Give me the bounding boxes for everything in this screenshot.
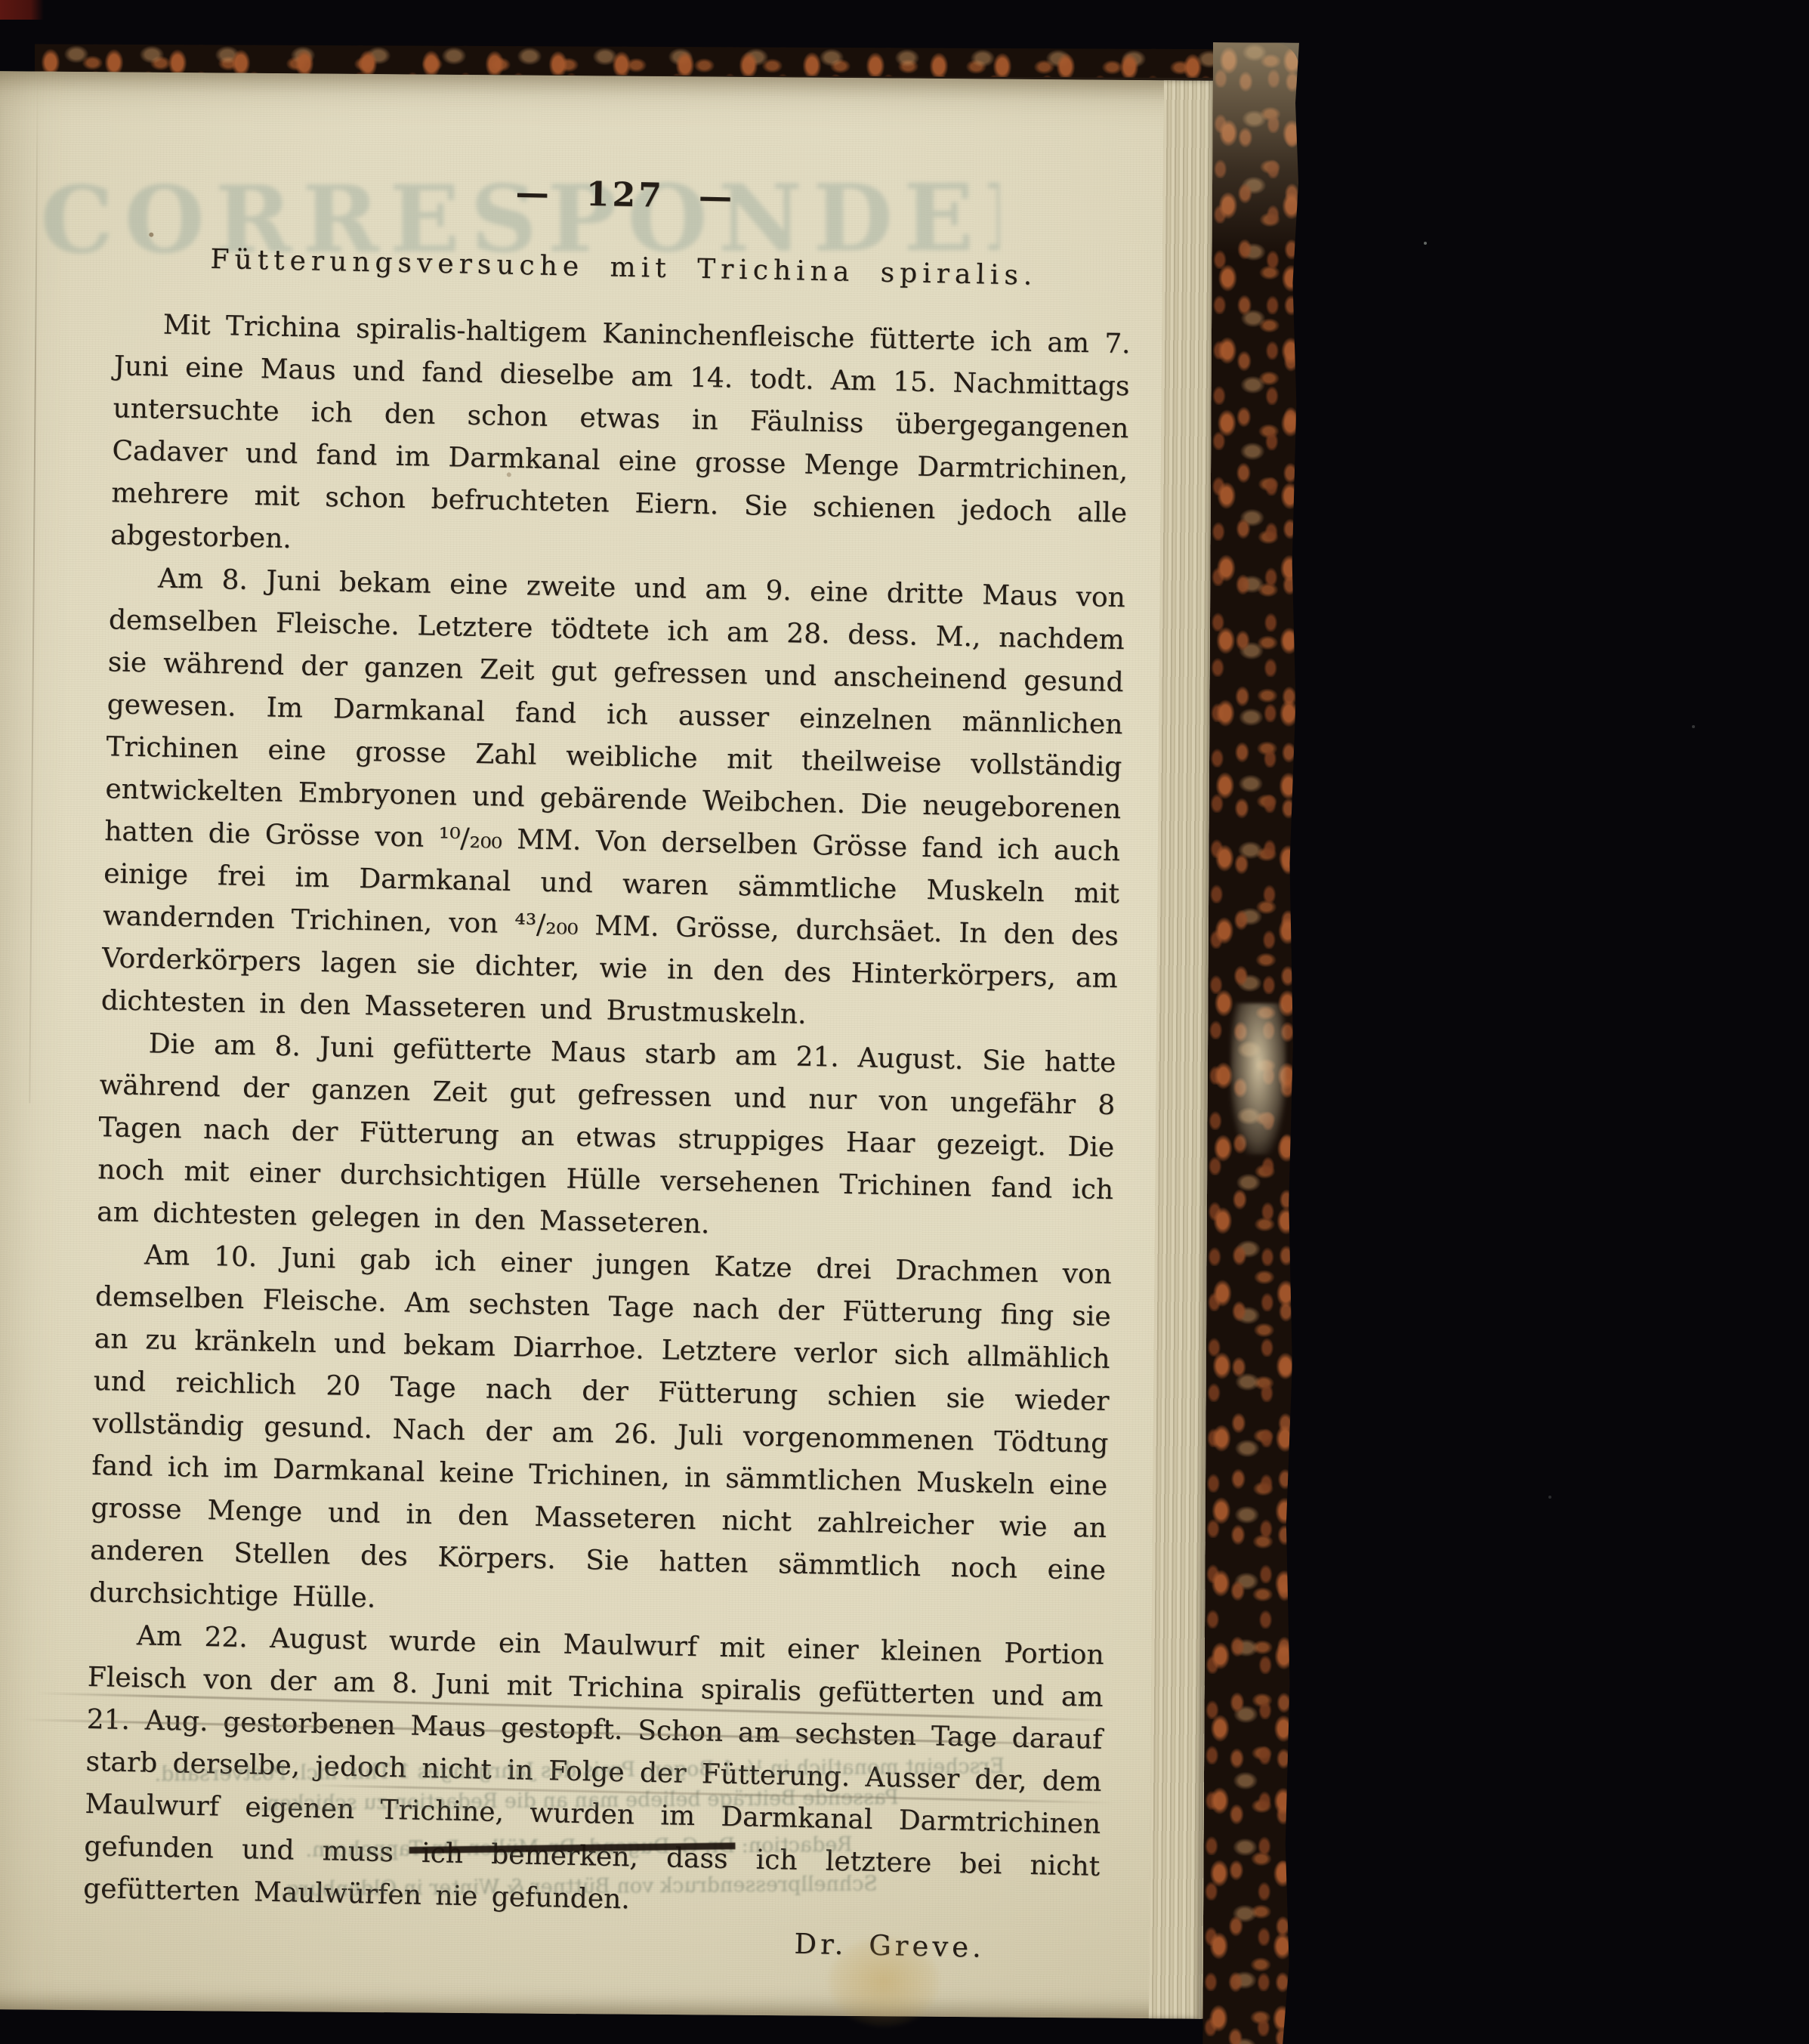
binding-corner-red-patch xyxy=(0,0,44,20)
paragraph-4: Am 10. Juni gab ich einer jungen Katze d… xyxy=(89,1234,1113,1635)
scan-background: CORRESPONDENZ-BLATT — 127 — Fütterungsve… xyxy=(0,0,1809,2044)
marble-worn-top xyxy=(1212,42,1299,255)
paper-speck-2 xyxy=(507,472,511,477)
printed-text-block: — 127 — Fütterungsversuche mit Trichina … xyxy=(82,165,1134,1966)
dust-speck-1 xyxy=(1424,242,1427,245)
paper-speck-1 xyxy=(149,233,153,237)
foxing-stain xyxy=(827,1936,941,2027)
book-page: CORRESPONDENZ-BLATT — 127 — Fütterungsve… xyxy=(0,71,1228,2019)
gutter-crease-line xyxy=(29,76,39,1104)
dust-speck-3 xyxy=(1548,1496,1551,1499)
paragraph-1: Mit Trichina spiralis-haltigem Kaninchen… xyxy=(110,303,1131,577)
right-cover-marble-edge xyxy=(1202,42,1299,2044)
paragraph-3: Die am 8. Juni gefütterte Maus starb am … xyxy=(97,1022,1116,1254)
paragraph-2: Am 8. Juni bekam eine zweite und am 9. e… xyxy=(100,557,1125,1042)
marble-glue-blob xyxy=(1230,1003,1286,1154)
dust-speck-2 xyxy=(1692,725,1695,728)
article-title: Fütterungsversuche mit Trichina spiralis… xyxy=(116,242,1132,293)
